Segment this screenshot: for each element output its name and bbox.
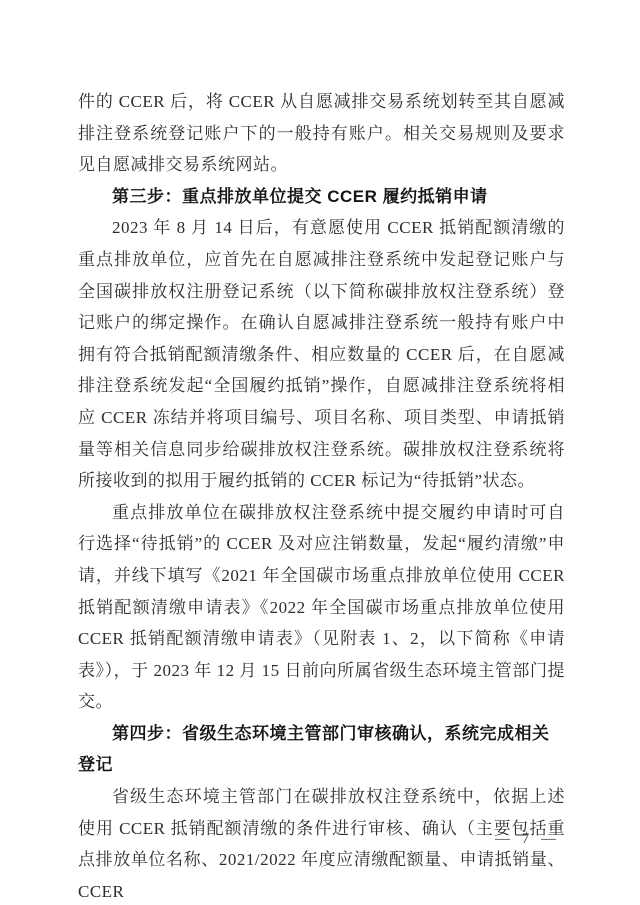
heading-step-4: 第四步：省级生态环境主管部门审核确认，系统完成相关登记 — [78, 718, 565, 781]
paragraph-continued-from-previous-page: 件的 CCER 后，将 CCER 从自愿减排交易系统划转至其自愿减排注登系统登记… — [78, 86, 565, 181]
paragraph-step-4-review: 省级生态环境主管部门在碳排放权注登系统中，依据上述使用 CCER 抵销配额清缴的… — [78, 781, 565, 905]
paragraph-step-3-binding-and-offset: 2023 年 8 月 14 日后，有意愿使用 CCER 抵销配额清缴的重点排放单… — [78, 212, 565, 496]
paragraph-step-3-application-forms: 重点排放单位在碳排放权注登系统中提交履约申请时可自行选择“待抵销”的 CCER … — [78, 497, 565, 718]
document-page: 件的 CCER 后，将 CCER 从自愿减排交易系统划转至其自愿减排注登系统登记… — [0, 0, 640, 905]
page-number: — 7 — — [495, 831, 560, 848]
document-body: 件的 CCER 后，将 CCER 从自愿减排交易系统划转至其自愿减排注登系统登记… — [78, 86, 565, 905]
heading-step-3: 第三步：重点排放单位提交 CCER 履约抵销申请 — [78, 181, 565, 213]
